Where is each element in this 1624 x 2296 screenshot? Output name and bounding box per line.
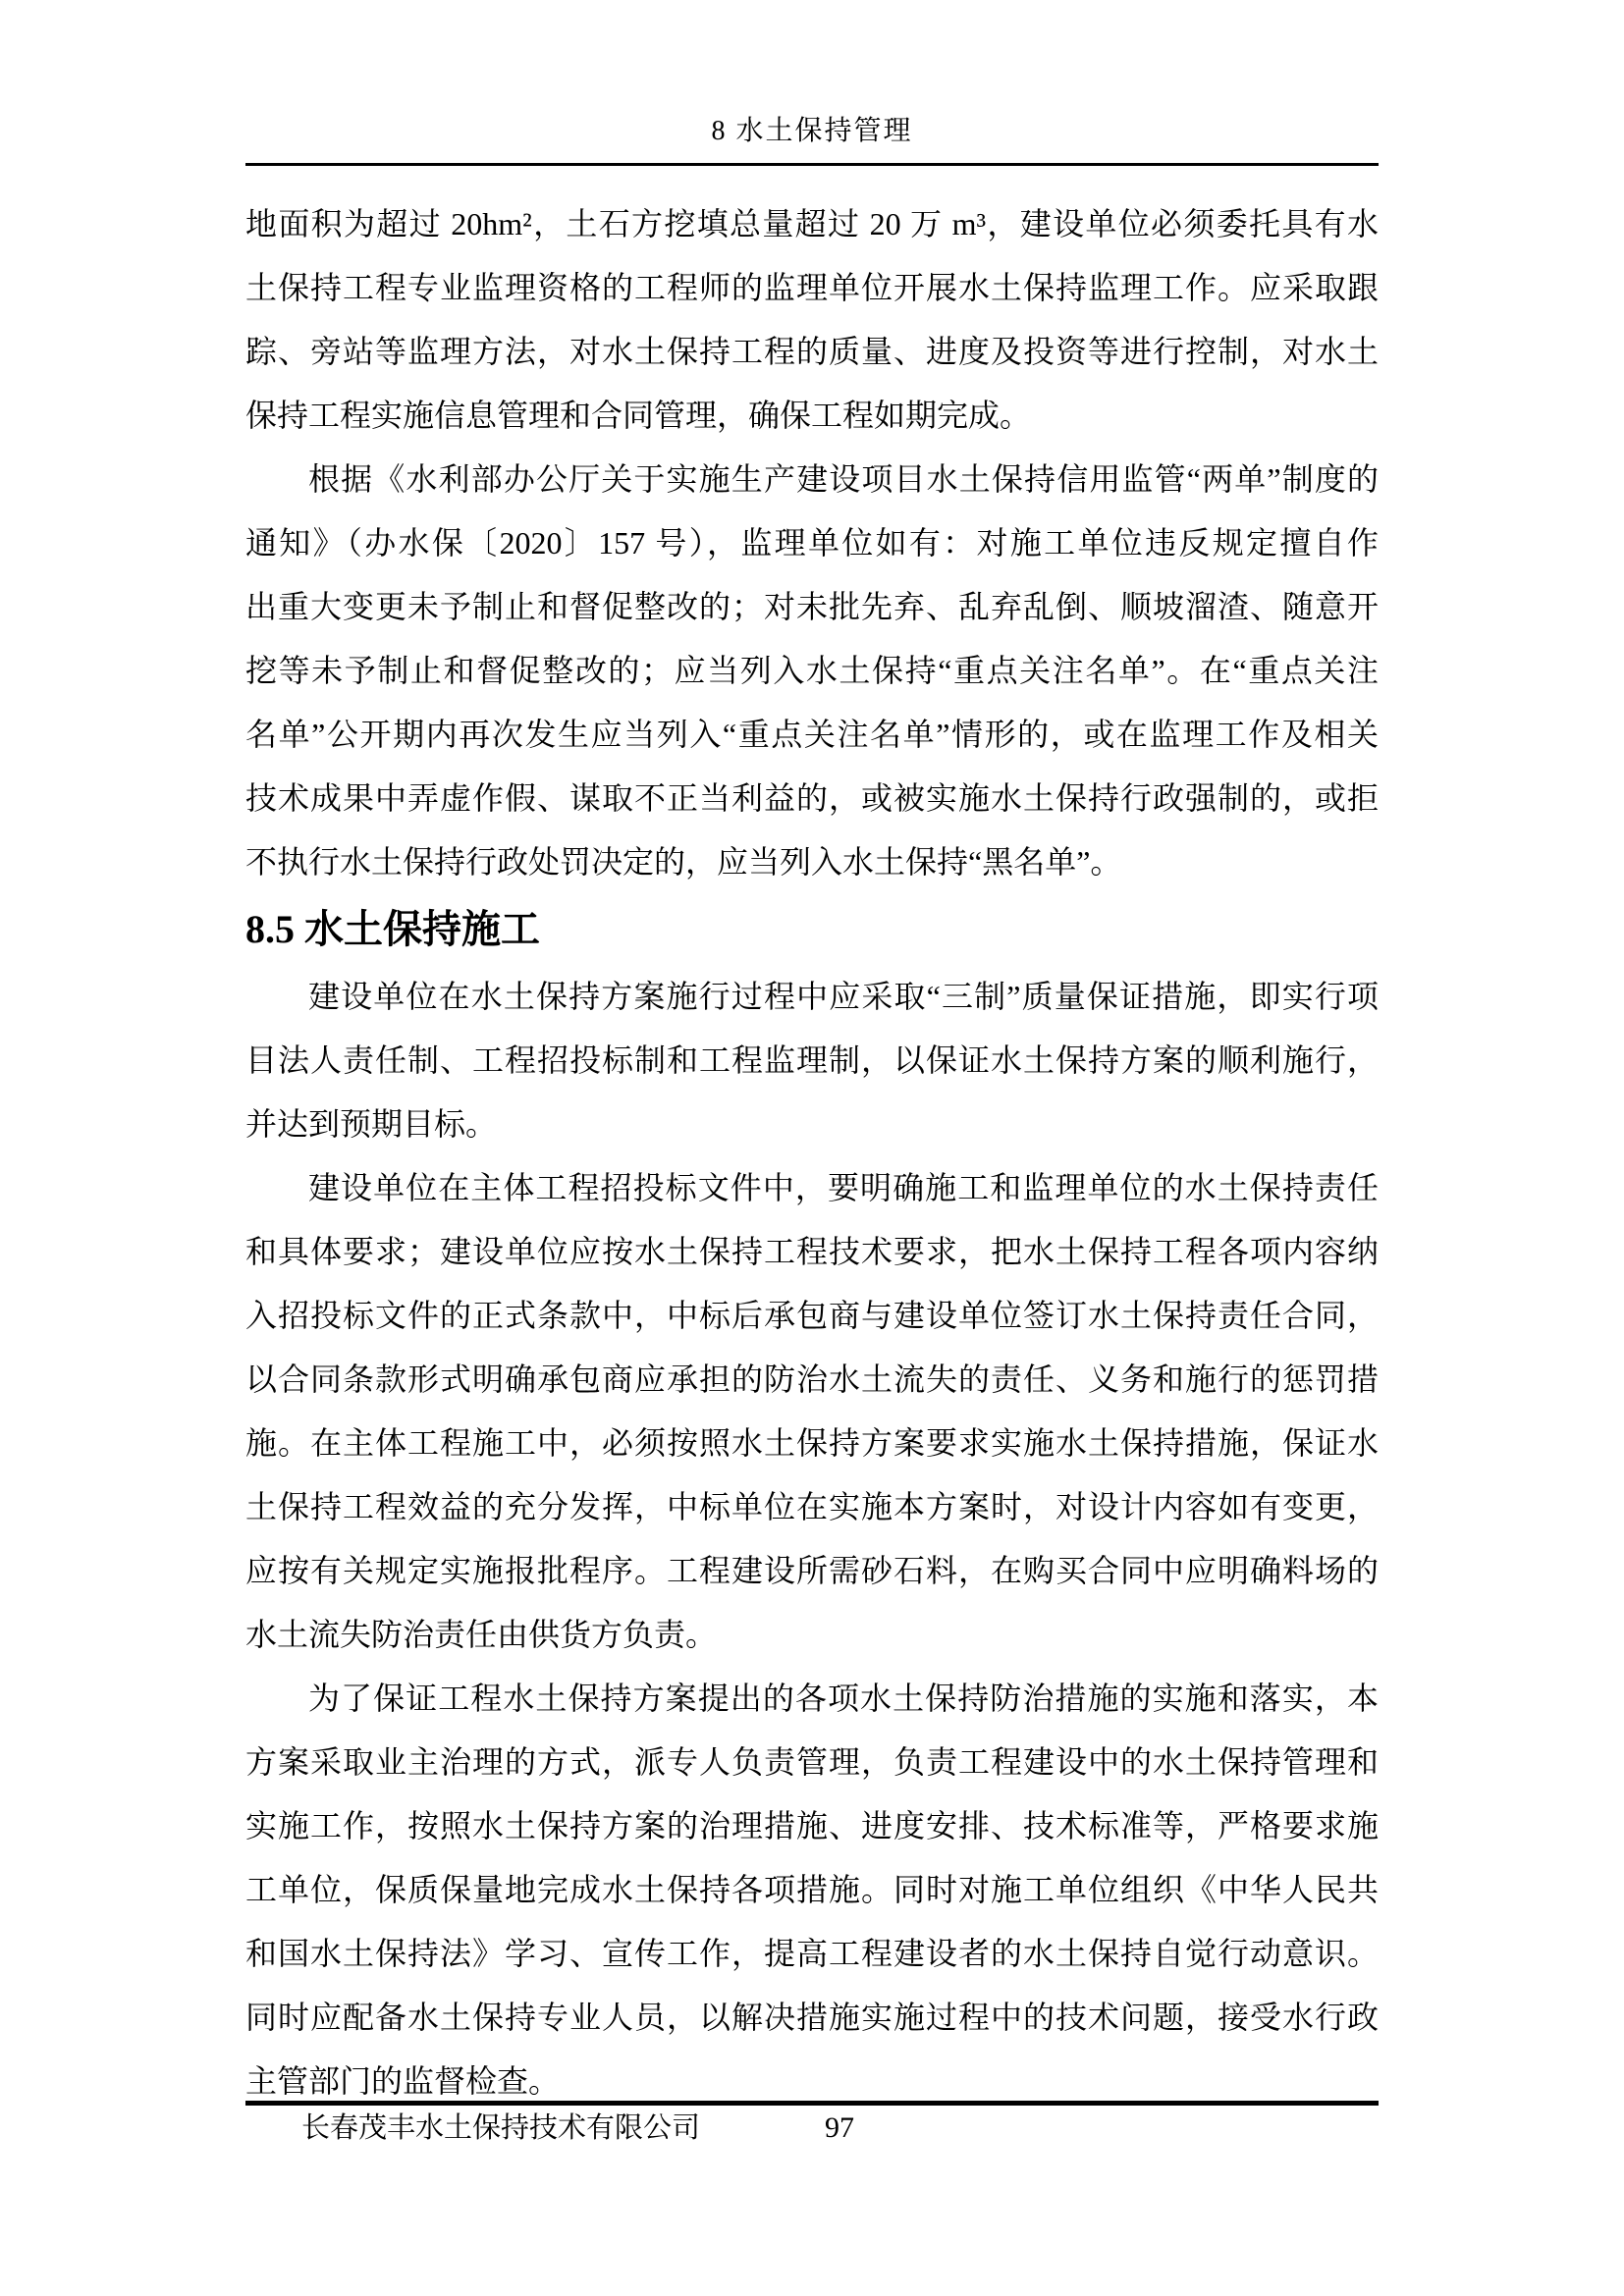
text-line: 出重大变更未予制止和督促整改的；对未批先弃、乱弃乱倒、顺坡溜渣、随意开 xyxy=(245,575,1379,639)
text-line: 保持工程实施信息管理和合同管理，确保工程如期完成。 xyxy=(245,384,1379,448)
paragraph: 为了保证工程水土保持方案提出的各项水土保持防治措施的实施和落实，本方案采取业主治… xyxy=(245,1667,1379,2113)
text-line: 施。在主体工程施工中，必须按照水土保持方案要求实施水土保持措施，保证水 xyxy=(245,1412,1379,1475)
header-title: 8 水土保持管理 xyxy=(245,112,1379,151)
text-line: 入招投标文件的正式条款中，中标后承包商与建设单位签订水土保持责任合同， xyxy=(245,1284,1379,1348)
text-line: 土保持工程专业监理资格的工程师的监理单位开展水土保持监理工作。应采取跟 xyxy=(245,256,1379,320)
section-heading: 8.5 水土保持施工 xyxy=(245,894,1379,965)
text-line: 水土流失防治责任由供货方负责。 xyxy=(245,1603,1379,1667)
text-line: 地面积为超过 20hm²，土石方挖填总量超过 20 万 m³，建设单位必须委托具… xyxy=(245,192,1379,256)
text-line: 土保持工程效益的充分发挥，中标单位在实施本方案时，对设计内容如有变更， xyxy=(245,1475,1379,1539)
footer-company: 长春茂丰水土保持技术有限公司 xyxy=(301,2109,700,2148)
text-line: 建设单位在主体工程招投标文件中，要明确施工和监理单位的水土保持责任 xyxy=(245,1156,1379,1220)
text-line: 通知》（办水保〔2020〕157 号），监理单位如有：对施工单位违反规定擅自作 xyxy=(245,511,1379,575)
text-line: 并达到预期目标。 xyxy=(245,1093,1379,1156)
footer-rule xyxy=(245,2101,1379,2106)
text-line: 为了保证工程水土保持方案提出的各项水土保持防治措施的实施和落实，本 xyxy=(245,1667,1379,1731)
text-line: 踪、旁站等监理方法，对水土保持工程的质量、进度及投资等进行控制，对水土 xyxy=(245,320,1379,384)
page-number: 97 xyxy=(825,2109,854,2148)
paragraph: 建设单位在水土保持方案施行过程中应采取“三制”质量保证措施，即实行项目法人责任制… xyxy=(245,965,1379,1156)
text-line: 以合同条款形式明确承包商应承担的防治水土流失的责任、义务和施行的惩罚措 xyxy=(245,1348,1379,1412)
paragraph: 地面积为超过 20hm²，土石方挖填总量超过 20 万 m³，建设单位必须委托具… xyxy=(245,192,1379,448)
header-rule xyxy=(245,163,1379,166)
text-line: 方案采取业主治理的方式，派专人负责管理，负责工程建设中的水土保持管理和 xyxy=(245,1731,1379,1794)
document-body: 地面积为超过 20hm²，土石方挖填总量超过 20 万 m³，建设单位必须委托具… xyxy=(245,192,1379,2113)
text-line: 目法人责任制、工程招投标制和工程监理制，以保证水土保持方案的顺利施行， xyxy=(245,1029,1379,1093)
text-line: 应按有关规定实施报批程序。工程建设所需砂石料，在购买合同中应明确料场的 xyxy=(245,1539,1379,1603)
text-line: 技术成果中弄虚作假、谋取不正当利益的，或被实施水土保持行政强制的，或拒 xyxy=(245,767,1379,830)
text-line: 不执行水土保持行政处罚决定的，应当列入水土保持“黑名单”。 xyxy=(245,830,1379,894)
text-line: 同时应配备水土保持专业人员，以解决措施实施过程中的技术问题，接受水行政 xyxy=(245,1986,1379,2050)
text-line: 挖等未予制止和督促整改的；应当列入水土保持“重点关注名单”。在“重点关注 xyxy=(245,639,1379,703)
text-line: 名单”公开期内再次发生应当列入“重点关注名单”情形的，或在监理工作及相关 xyxy=(245,703,1379,767)
text-line: 建设单位在水土保持方案施行过程中应采取“三制”质量保证措施，即实行项 xyxy=(245,965,1379,1029)
text-line: 根据《水利部办公厅关于实施生产建设项目水土保持信用监管“两单”制度的 xyxy=(245,448,1379,511)
text-line: 和国水土保持法》学习、宣传工作，提高工程建设者的水土保持自觉行动意识。 xyxy=(245,1922,1379,1986)
paragraph: 建设单位在主体工程招投标文件中，要明确施工和监理单位的水土保持责任和具体要求；建… xyxy=(245,1156,1379,1667)
paragraph: 根据《水利部办公厅关于实施生产建设项目水土保持信用监管“两单”制度的通知》（办水… xyxy=(245,448,1379,894)
text-line: 工单位，保质保量地完成水土保持各项措施。同时对施工单位组织《中华人民共 xyxy=(245,1858,1379,1922)
text-line: 实施工作，按照水土保持方案的治理措施、进度安排、技术标准等，严格要求施 xyxy=(245,1794,1379,1858)
text-line: 和具体要求；建设单位应按水土保持工程技术要求，把水土保持工程各项内容纳 xyxy=(245,1220,1379,1284)
document-page: 8 水土保持管理 地面积为超过 20hm²，土石方挖填总量超过 20 万 m³，… xyxy=(0,0,1624,2296)
